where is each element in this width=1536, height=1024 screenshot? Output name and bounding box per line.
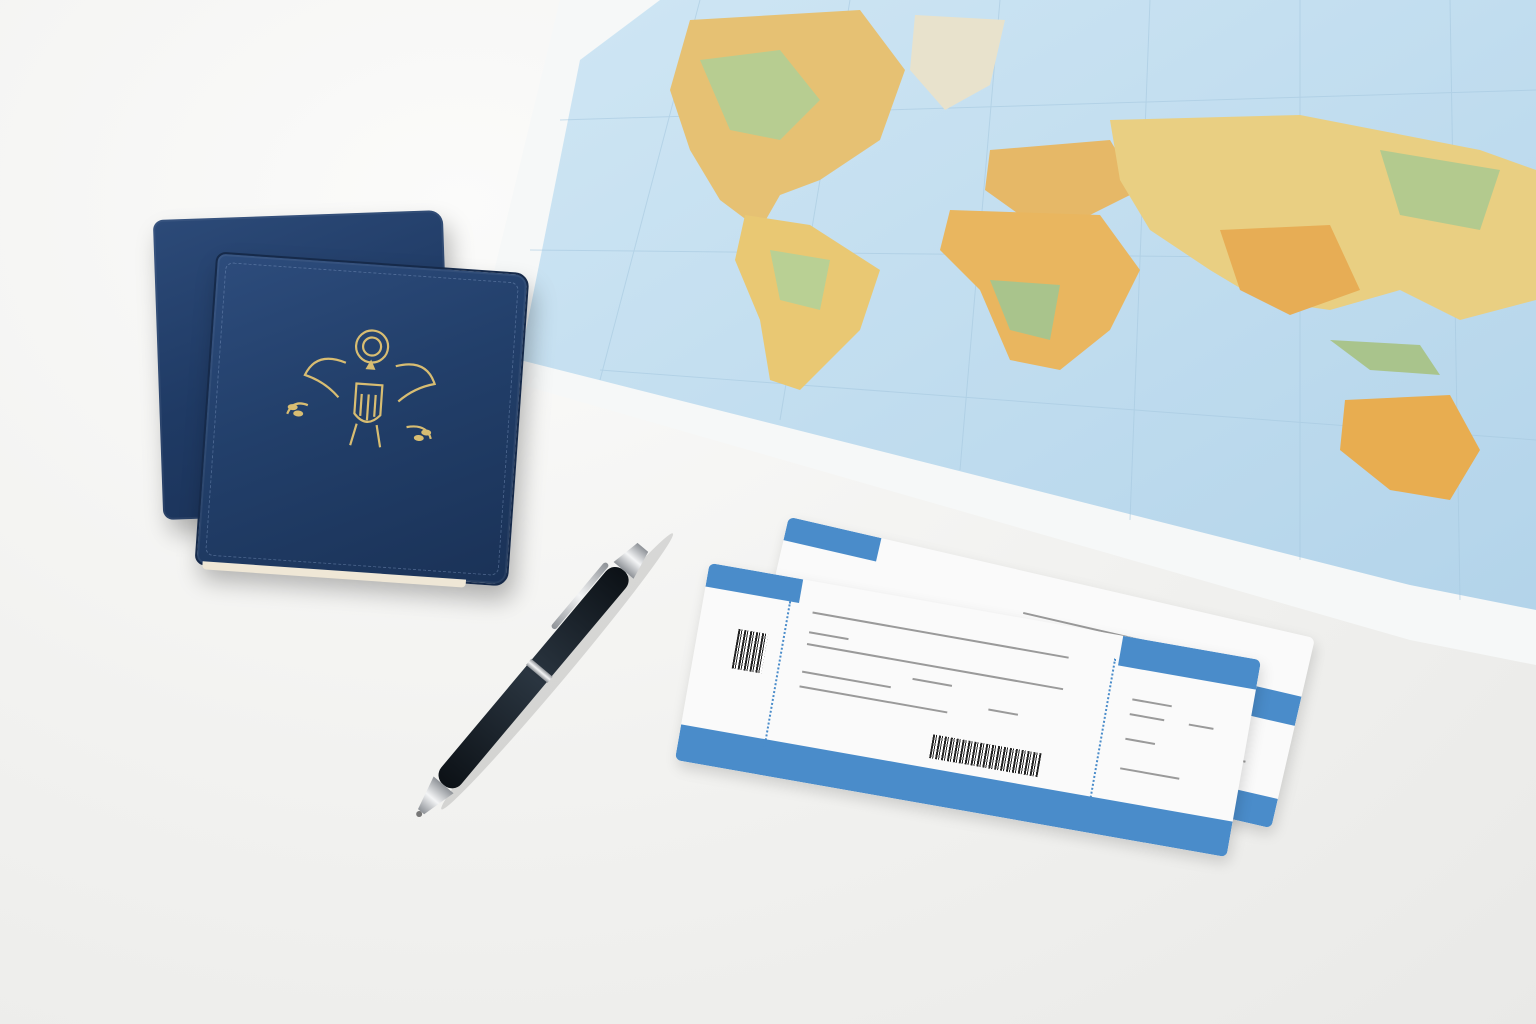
ticket-text-line: [988, 709, 1018, 716]
ticket-text-line: [809, 631, 849, 640]
scene: [0, 0, 1536, 1024]
ticket-text-line: [802, 671, 891, 689]
ticket-text-line: [1132, 698, 1172, 707]
passport-front: [194, 251, 529, 586]
barcode-small: [732, 629, 768, 674]
ticket-text-line: [799, 685, 947, 713]
ticket-text-line: [1189, 724, 1214, 730]
ticket-text-line: [1130, 713, 1165, 721]
ticket-text-line: [912, 678, 952, 687]
ticket-text-line: [1120, 767, 1179, 779]
ticket-text-line: [1125, 738, 1155, 745]
eagle-emblem-icon: [280, 319, 449, 460]
